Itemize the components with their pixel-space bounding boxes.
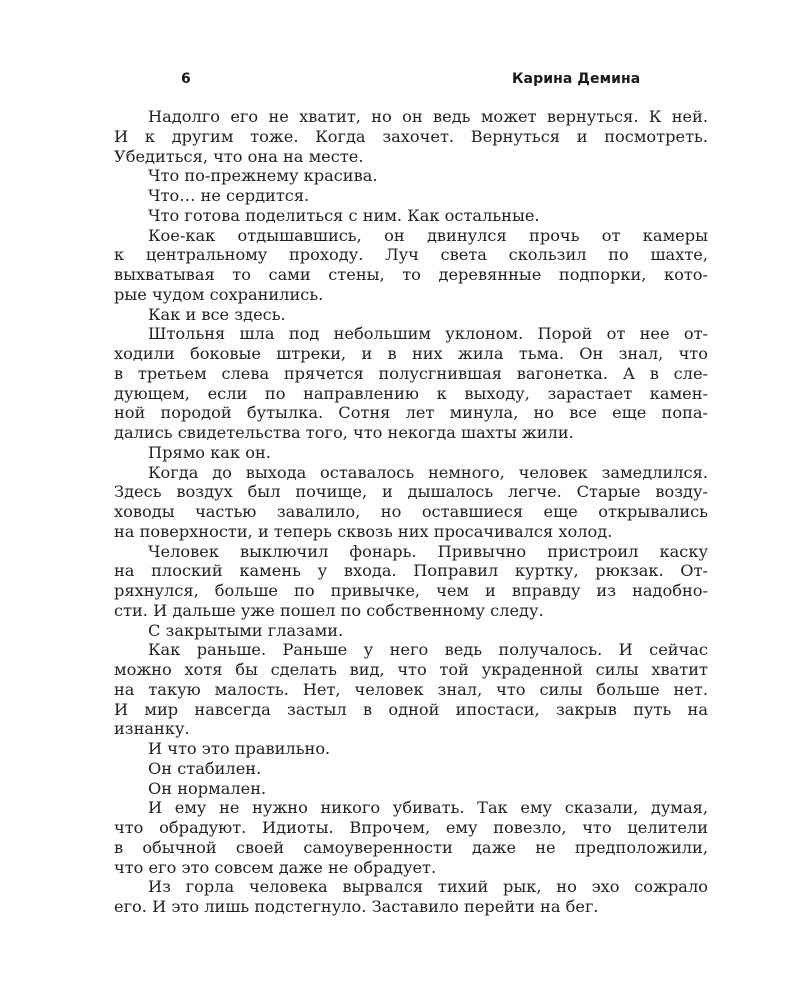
text-line: что его это совсем даже не обрадует.	[114, 858, 708, 878]
paragraph-first-line: Как и все здесь.	[114, 305, 708, 325]
text-line: на такую малость. Нет, человек знал, что…	[114, 680, 708, 700]
paragraph-first-line: С закрытыми глазами.	[114, 621, 708, 641]
text-line: дующем, если по направлению к выходу, за…	[114, 384, 708, 404]
text-line: ной породой бутылка. Сотня лет минула, н…	[114, 403, 708, 423]
text-line: к центральному проходу. Луч света скольз…	[114, 245, 708, 265]
text-line: его. И это лишь подстегнуло. Заставило п…	[114, 897, 708, 917]
paragraph-first-line: Что готова поделиться с ним. Как остальн…	[114, 206, 708, 226]
paragraph-first-line: Что… не сердится.	[114, 186, 708, 206]
text-line: изнанку.	[114, 719, 708, 739]
paragraph-first-line: И ему не нужно никого убивать. Так ему с…	[114, 798, 708, 818]
text-line: сти. И дальше уже пошел по собственному …	[114, 601, 708, 621]
text-line: И мир навсегда застыл в одной ипостаси, …	[114, 700, 708, 720]
text-line: в обычной своей самоуверенности даже не …	[114, 838, 708, 858]
paragraph-first-line: И что это правильно.	[114, 739, 708, 759]
paragraph-first-line: Прямо как он.	[114, 443, 708, 463]
text-line: можно хотя бы сделать вид, что той украд…	[114, 660, 708, 680]
paragraph-first-line: Что по-прежнему красива.	[114, 166, 708, 186]
text-line: в третьем слева прячется полусгнившая ва…	[114, 364, 708, 384]
page-number: 6	[181, 71, 191, 87]
text-line: Убедиться, что она на месте.	[114, 147, 708, 167]
text-line: рые чудом сохранились.	[114, 285, 708, 305]
text-line: И к другим тоже. Когда захочет. Вернутьс…	[114, 127, 708, 147]
paragraph-first-line: Кое-как отдышавшись, он двинулся прочь о…	[114, 226, 708, 246]
text-line: дались свидетельства того, что некогда ш…	[114, 423, 708, 443]
text-line: ряхнулся, больше по привычке, чем и впра…	[114, 581, 708, 601]
paragraph-first-line: Человек выключил фонарь. Привычно пристр…	[114, 542, 708, 562]
paragraph-first-line: Из горла человека вырвался тихий рык, но…	[114, 877, 708, 897]
paragraph-first-line: Он стабилен.	[114, 759, 708, 779]
paragraph-first-line: Надолго его не хватит, но он ведь может …	[114, 107, 708, 127]
text-line: выхватывая то сами стены, то деревянные …	[114, 265, 708, 285]
text-line: Здесь воздух был почище, и дышалось легч…	[114, 482, 708, 502]
text-line: что обрадуют. Идиоты. Впрочем, ему повез…	[114, 818, 708, 838]
paragraph-first-line: Он нормален.	[114, 779, 708, 799]
running-head-author: Карина Демина	[512, 71, 640, 87]
text-line: на поверхности, и теперь сквозь них прос…	[114, 522, 708, 542]
paragraph-first-line: Как раньше. Раньше у него ведь получалос…	[114, 640, 708, 660]
text-line: ходили боковые штреки, и в них жила тьма…	[114, 344, 708, 364]
body-text: Надолго его не хватит, но он ведь может …	[114, 107, 708, 917]
paragraph-first-line: Штольня шла под небольшим уклоном. Порой…	[114, 324, 708, 344]
paragraph-first-line: Когда до выхода оставалось немного, чело…	[114, 463, 708, 483]
text-line: ховоды частью завалило, но оставшиеся ещ…	[114, 502, 708, 522]
text-line: на плоский камень у входа. Поправил курт…	[114, 561, 708, 581]
